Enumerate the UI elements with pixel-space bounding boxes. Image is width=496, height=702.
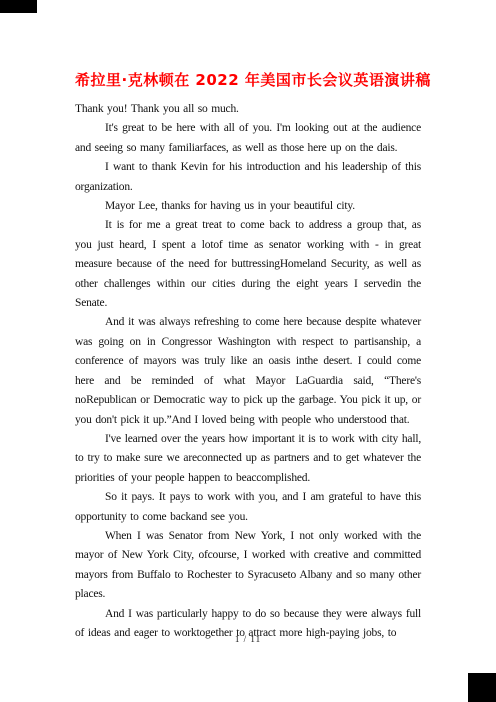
paragraph: It's great to be here with all of you. I… xyxy=(75,119,421,158)
scan-mark-top-left xyxy=(0,0,37,13)
paragraph: And it was always refreshing to come her… xyxy=(75,313,421,429)
paragraph: So it pays. It pays to work with you, an… xyxy=(75,488,421,527)
document-title: 希拉里·克林顿在 2022 年美国市长会议英语演讲稿 xyxy=(75,70,421,91)
document-body: Thank you! Thank you all so much. It's g… xyxy=(75,100,421,643)
paragraph: Mayor Lee, thanks for having us in your … xyxy=(75,197,421,216)
page-number: 1 / 11 xyxy=(0,634,496,644)
paragraph: When I was Senator from New York, I not … xyxy=(75,527,421,605)
paragraph: I want to thank Kevin for his introducti… xyxy=(75,158,421,197)
scan-mark-bottom-right xyxy=(468,673,496,702)
document-content: 希拉里·克林顿在 2022 年美国市长会议英语演讲稿 Thank you! Th… xyxy=(75,70,421,643)
paragraph: Thank you! Thank you all so much. xyxy=(75,100,421,119)
document-page: 希拉里·克林顿在 2022 年美国市长会议英语演讲稿 Thank you! Th… xyxy=(0,0,496,702)
paragraph: I've learned over the years how importan… xyxy=(75,430,421,488)
paragraph: It is for me a great treat to come back … xyxy=(75,216,421,313)
